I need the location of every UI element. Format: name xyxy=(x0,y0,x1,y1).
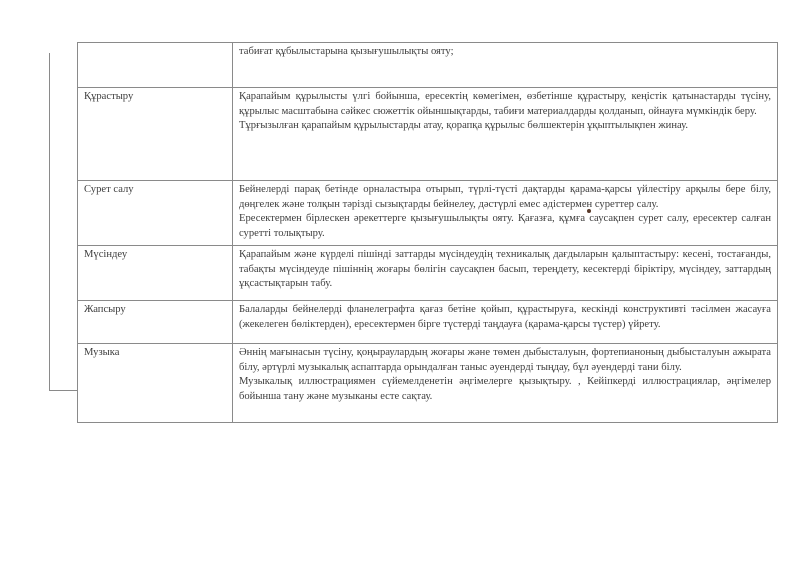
paragraph: Қарапайым құрылысты үлгі бойынша, ересек… xyxy=(239,90,771,119)
row-content: Қарапайым және күрделі пішінді заттарды … xyxy=(233,246,778,301)
table-row: Сурет салу Бейнелерді парақ бетінде орна… xyxy=(78,181,778,246)
paragraph: Бейнелерді парақ бетінде орналастыра оты… xyxy=(239,183,771,212)
paragraph: табиғат құбылыстарына қызығушылықты ояту… xyxy=(239,45,771,60)
row-label: Құрастыру xyxy=(78,88,233,181)
row-label: Мүсіндеу xyxy=(78,246,233,301)
row-label: Музыка xyxy=(78,344,233,423)
row-content: табиғат құбылыстарына қызығушылықты ояту… xyxy=(233,43,778,88)
paragraph: Қарапайым және күрделі пішінді заттарды … xyxy=(239,248,771,292)
row-content: Қарапайым құрылысты үлгі бойынша, ересек… xyxy=(233,88,778,181)
table-row: Жапсыру Балаларды бейнелерді фланелеграф… xyxy=(78,301,778,344)
paragraph: Балаларды бейнелерді фланелеграфта қағаз… xyxy=(239,303,771,332)
scan-speck xyxy=(587,209,591,213)
row-label xyxy=(78,43,233,88)
table-row: Мүсіндеу Қарапайым және күрделі пішінді … xyxy=(78,246,778,301)
row-content: Бейнелерді парақ бетінде орналастыра оты… xyxy=(233,181,778,246)
activity-table: табиғат құбылыстарына қызығушылықты ояту… xyxy=(77,42,778,423)
row-label: Жапсыру xyxy=(78,301,233,344)
table-row: табиғат құбылыстарына қызығушылықты ояту… xyxy=(78,43,778,88)
paragraph: Музыкалық иллюстрациямен сүйемелденетін … xyxy=(239,375,771,404)
table-row: Музыка Әннің мағынасын түсіну, қоңыраула… xyxy=(78,344,778,423)
row-label: Сурет салу xyxy=(78,181,233,246)
paragraph: Ересектермен бірлескен әрекеттерге қызығ… xyxy=(239,212,771,241)
row-content: Балаларды бейнелерді фланелеграфта қағаз… xyxy=(233,301,778,344)
table-row: Құрастыру Қарапайым құрылысты үлгі бойын… xyxy=(78,88,778,181)
outer-table-left-column xyxy=(49,53,78,391)
paragraph: Тұрғызылған қарапайым құрылыстарды атау,… xyxy=(239,119,771,134)
row-content: Әннің мағынасын түсіну, қоңыраулардың жо… xyxy=(233,344,778,423)
paragraph: Әннің мағынасын түсіну, қоңыраулардың жо… xyxy=(239,346,771,375)
document-page: табиғат құбылыстарына қызығушылықты ояту… xyxy=(0,0,800,582)
